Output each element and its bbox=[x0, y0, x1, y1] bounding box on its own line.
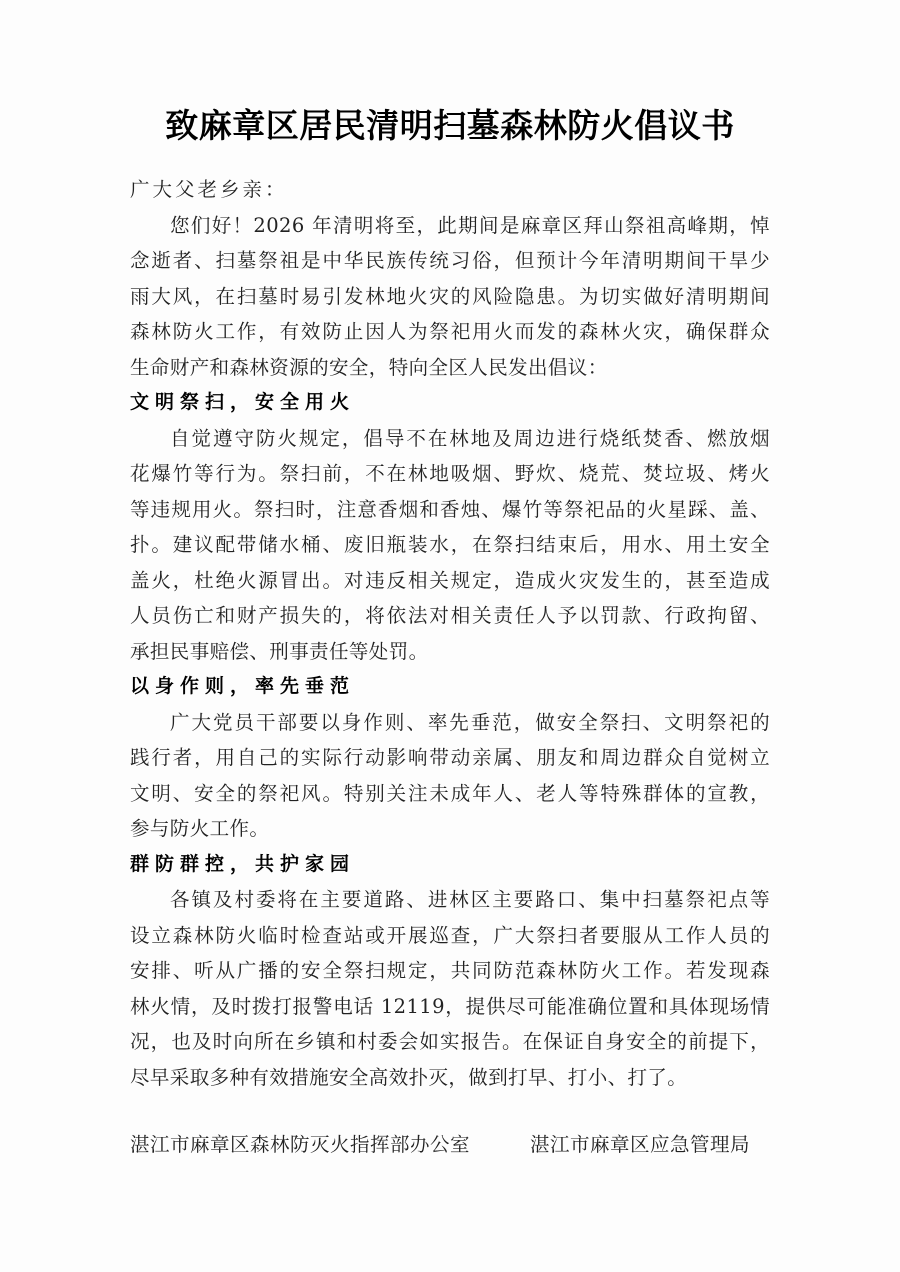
section-2-line: 参与防火工作。 bbox=[130, 811, 770, 847]
section-2-line: 广大党员干部要以身作则、率先垂范，做安全祭扫、文明祭祀的 bbox=[130, 705, 770, 741]
intro-line: 生命财产和森林资源的安全，特向全区人民发出倡议： bbox=[130, 350, 770, 386]
intro-line: 您们好！2026 年清明将至，此期间是麻章区拜山祭祖高峰期，悼 bbox=[130, 208, 770, 244]
section-2-line: 文明、安全的祭祀风。特别关注未成年人、老人等特殊群体的宣教， bbox=[130, 776, 770, 812]
section-heading-joint-prevention: 群防群控，共护家园 bbox=[130, 847, 770, 883]
section-2-line: 践行者，用自己的实际行动影响带动亲属、朋友和周边群众自觉树立 bbox=[130, 740, 770, 776]
section-3-line: 况，也及时向所在乡镇和村委会如实报告。在保证自身安全的前提下， bbox=[130, 1024, 770, 1060]
section-3-line: 各镇及村委将在主要道路、进林区主要路口、集中扫墓祭祀点等 bbox=[130, 882, 770, 918]
intro-block: 广大父老乡亲： 您们好！2026 年清明将至，此期间是麻章区拜山祭祖高峰期，悼 … bbox=[130, 172, 770, 1095]
document-page: 致麻章区居民清明扫墓森林防火倡议书 广大父老乡亲： 您们好！2026 年清明将至… bbox=[0, 0, 900, 1272]
section-1-line: 人员伤亡和财产损失的，将依法对相关责任人予以罚款、行政拘留、 bbox=[130, 598, 770, 634]
section-1-line: 等违规用火。祭扫时，注意香烟和香烛、爆竹等祭祀品的火星踩、盖、 bbox=[130, 492, 770, 528]
section-1-line: 承担民事赔偿、刑事责任等处罚。 bbox=[130, 634, 770, 670]
signature-emergency-bureau: 湛江市麻章区应急管理局 bbox=[530, 1127, 750, 1162]
signature-fire-command-office: 湛江市麻章区森林防灭火指挥部办公室 bbox=[130, 1127, 470, 1162]
intro-line: 念逝者、扫墓祭祖是中华民族传统习俗，但预计今年清明期间干旱少 bbox=[130, 243, 770, 279]
section-3-line: 林火情，及时拨打报警电话 12119，提供尽可能准确位置和具体现场情 bbox=[130, 989, 770, 1025]
greeting: 广大父老乡亲： bbox=[130, 172, 770, 208]
section-heading-lead-by-example: 以身作则，率先垂范 bbox=[130, 669, 770, 705]
document-title: 致麻章区居民清明扫墓森林防火倡议书 bbox=[0, 104, 900, 148]
section-1-line: 盖火，杜绝火源冒出。对违反相关规定，造成火灾发生的，甚至造成 bbox=[130, 563, 770, 599]
section-3-line: 设立森林防火临时检查站或开展巡查，广大祭扫者要服从工作人员的 bbox=[130, 918, 770, 954]
section-1-line: 扑。建议配带储水桶、废旧瓶装水，在祭扫结束后，用水、用土安全 bbox=[130, 527, 770, 563]
intro-line: 雨大风，在扫墓时易引发林地火灾的风险隐患。为切实做好清明期间 bbox=[130, 279, 770, 315]
section-heading-civilized-safe-fire: 文明祭扫，安全用火 bbox=[130, 385, 770, 421]
intro-line: 森林防火工作，有效防止因人为祭祀用火而发的森林火灾，确保群众 bbox=[130, 314, 770, 350]
section-1-line: 自觉遵守防火规定，倡导不在林地及周边进行烧纸焚香、燃放烟 bbox=[130, 421, 770, 457]
section-1-line: 花爆竹等行为。祭扫前，不在林地吸烟、野炊、烧荒、焚垃圾、烤火 bbox=[130, 456, 770, 492]
section-3-line: 尽早采取多种有效措施安全高效扑灭，做到打早、打小、打了。 bbox=[130, 1060, 770, 1096]
section-3-line: 安排、听从广播的安全祭扫规定，共同防范森林防火工作。若发现森 bbox=[130, 953, 770, 989]
